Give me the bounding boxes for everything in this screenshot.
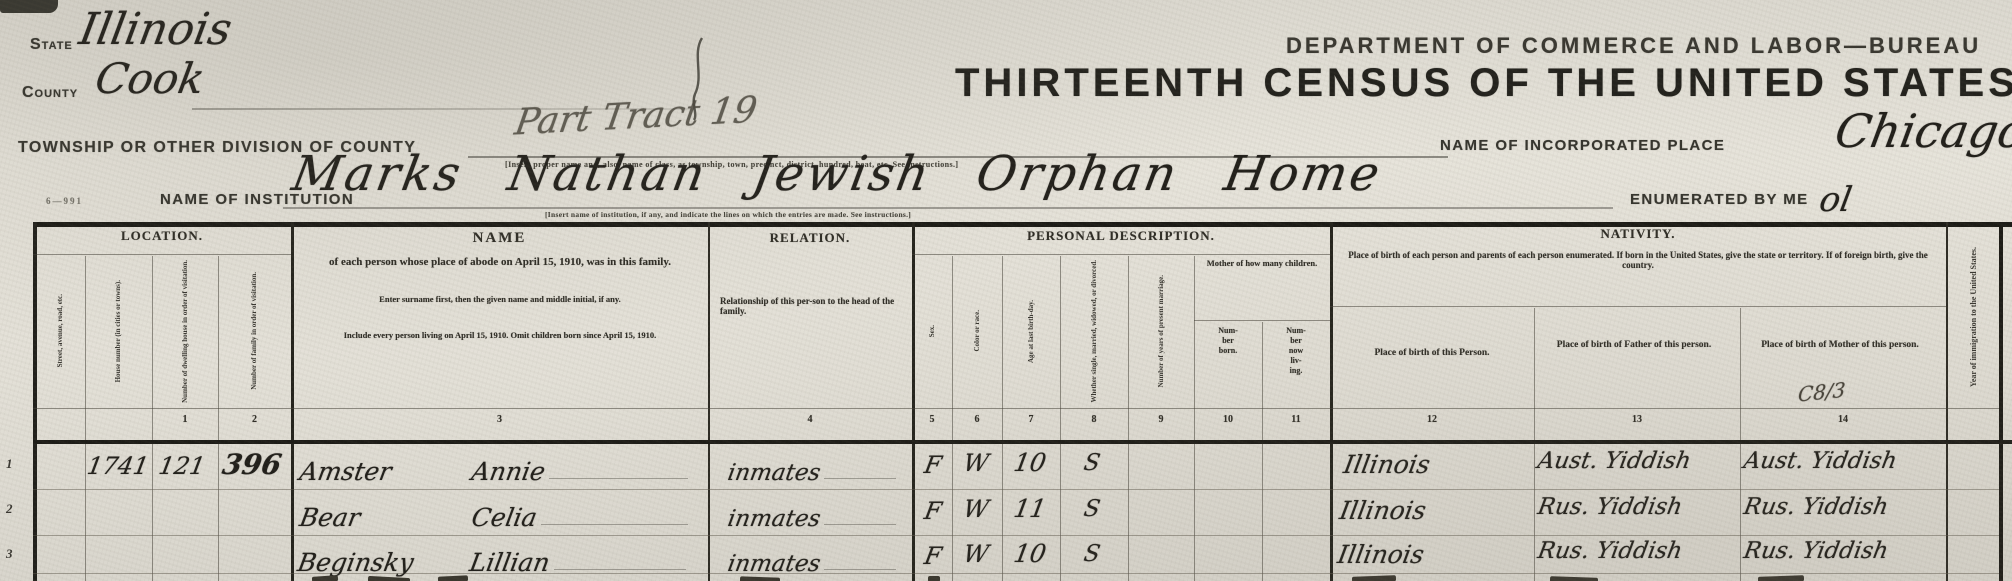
column-number-name: 3 [291,414,708,425]
dwelling-number-value: 121 [146,452,219,480]
table-gridline-vertical [1999,222,2003,581]
table-gridline-vertical [1262,322,1263,581]
age-value: 10 [1000,448,1059,477]
institution-handwriting: Marks Nathan Jewish Orphan Home [288,146,1386,202]
mother-birthplace-value: Rus. Yiddish [1742,494,1891,520]
location-col-street-header: Street, avenue, road, etc. [38,258,82,404]
column-number-children-born: 10 [1194,414,1262,425]
marital-col-label: Whether single, married, widowed, or div… [1090,260,1099,403]
location-col-house-header: House number (in cities or towns). [88,258,149,404]
table-gridline-horizontal [912,254,1330,255]
birthplace-value: Illinois [1337,496,1428,525]
person-name-cell: Amster Annie [300,450,696,486]
mother-of-children-header: Mother of how many children. [1196,258,1328,268]
personal-description-group-title: PERSONAL DESCRIPTION. [912,228,1330,244]
row-number: 1 [6,456,13,472]
given-name-value: Celia [469,503,539,532]
father-birthplace-value: Rus. Yiddish [1536,494,1685,520]
column-number-mother-birthplace: 14 [1740,414,1946,425]
ink-trail [824,477,896,479]
given-name-value: Lillian [467,548,552,577]
township-value-handwriting: Part Tract 19 [512,89,760,143]
scan-corner-smudge [0,0,58,13]
age-value: 11 [1000,494,1059,523]
table-gridline-horizontal [1330,306,1946,307]
column-number-sex: 5 [912,414,952,425]
partial-row-ink-stroke [312,575,338,581]
relation-group-title: RELATION. [708,230,912,246]
house-number-value: 1741 [84,452,153,480]
ink-trail [824,523,896,525]
relation-value: inmates [726,506,823,532]
column-number-age: 7 [1002,414,1060,425]
nativity-header-desc: Place of birth of each person and parent… [1345,250,1931,270]
incorporated-place-label: NAME OF INCORPORATED PLACE [1440,137,1725,154]
age-col-header: Age at last birth-day. [1004,258,1058,404]
census-title: THIRTEENTH CENSUS OF THE UNITED STATES [955,61,2012,106]
table-gridline-vertical [708,222,710,581]
table-gridline-vertical [1946,222,1948,581]
institution-rule-line [283,207,1613,209]
nativity-group-title: NATIVITY. [1330,226,1946,242]
relation-cell: inmates [728,500,904,532]
ink-trail [549,477,688,479]
column-number-family: 2 [218,414,291,425]
relation-value: inmates [726,460,823,486]
relation-cell: inmates [728,454,904,486]
name-group-title: NAME [291,230,708,247]
age-col-label: Age at last birth-day. [1027,300,1036,363]
surname-value: Beginsky [295,548,472,577]
department-line: DEPARTMENT OF COMMERCE AND LABOR—BUREAU [1286,33,1981,59]
father-birthplace-value: Aust. Yiddish [1536,448,1693,474]
color-col-label: Color or race. [973,310,982,352]
birthplace-value: Illinois [1341,450,1432,479]
table-gridline-horizontal [33,254,291,255]
immigration-year-col-header: Year of immigration to the United States… [1950,228,1996,406]
name-header-line2: Enter surname first, then the given name… [315,294,685,304]
children-born-col-label: Num- ber born. [1196,326,1260,356]
mother-birthplace-value: Aust. Yiddish [1742,448,1899,474]
name-header-line1: of each person whose place of abode on A… [305,256,695,268]
column-number-father-birthplace: 13 [1534,414,1740,425]
table-gridline-vertical [85,256,86,581]
relation-header-desc: Relationship of this per-son to the head… [720,296,895,316]
location-col-dwelling-header: Number of dwelling house in order of vis… [155,258,215,404]
marital-status-value: S [1060,450,1125,476]
table-row-line [33,489,1999,490]
table-gridline-horizontal [33,408,1999,409]
marital-status-value: S [1060,541,1125,567]
table-header-divider [33,440,2012,444]
color-value: W [951,540,1002,568]
table-gridline-vertical [1740,308,1741,581]
county-label: County [22,84,78,102]
enumerated-label: ENUMERATED BY ME [1630,191,1809,208]
incorporated-place-handwriting: Chicago [1831,104,2012,158]
location-col-house-label: House number (in cities or towns). [114,280,123,382]
column-number-years-married: 9 [1128,414,1194,425]
column-number-marital: 8 [1060,414,1128,425]
table-gridline-vertical [33,222,37,581]
row-number: 3 [6,546,13,562]
location-col-family-header: Number of family in order of visitation. [221,258,288,404]
sex-col-label: Sex. [928,325,937,337]
stray-handwritten-mark: C8/3 [1797,377,1846,406]
partial-row-ink-stroke [740,576,780,581]
column-number-color: 6 [952,414,1002,425]
sex-value: F [914,542,953,570]
name-header-line3: Include every person living on April 15,… [310,330,690,340]
form-code: 6—991 [46,196,83,206]
mother-birthplace-col-label: Place of birth of Mother of this person. [1746,340,1934,350]
location-col-dwelling-label: Number of dwelling house in order of vis… [181,260,190,403]
enumerated-handwriting-fragment: ol [1816,180,1854,220]
table-gridline-vertical [291,222,294,581]
age-value: 10 [1000,539,1059,568]
ink-trail [541,523,688,525]
ink-trail [554,568,686,570]
ink-trail [824,568,896,570]
partial-row-ink-stroke [1758,575,1804,581]
family-number-value: 396 [211,448,293,481]
marital-col-header: Whether single, married, widowed, or div… [1062,258,1126,404]
person-name-cell: Beginsky Lillian [298,541,694,577]
years-married-col-label: Number of years of present marriage. [1157,275,1166,388]
birthplace-col-label: Place of birth of this Person. [1338,348,1526,358]
location-col-family-label: Number of family in order of visitation. [250,272,259,390]
partial-row-ink-stroke [928,576,940,581]
partial-row-ink-stroke [1550,576,1598,581]
table-row-line [33,535,1999,536]
color-value: W [951,449,1002,477]
marital-status-value: S [1060,496,1125,522]
column-number-children-living: 11 [1262,414,1330,425]
table-gridline-vertical [1330,222,1333,581]
birthplace-value: Illinois [1335,540,1426,569]
state-value-handwriting: Illinois [76,4,236,55]
father-birthplace-value: Rus. Yiddish [1536,538,1685,564]
location-group-title: LOCATION. [33,228,291,244]
mother-birthplace-value: Rus. Yiddish [1742,538,1891,564]
sex-value: F [914,451,953,479]
column-number-birthplace: 12 [1330,414,1534,425]
surname-value: Amster [297,457,474,486]
color-col-header: Color or race. [954,258,1000,404]
immigration-year-col-label: Year of immigration to the United States… [1969,247,1978,387]
column-number-relation: 4 [708,414,912,425]
column-number-dwelling: 1 [152,414,218,425]
color-value: W [951,495,1002,523]
children-living-col-label: Num- ber now liv- ing. [1264,326,1328,376]
sex-value: F [914,497,953,525]
sex-col-header: Sex. [914,258,950,404]
county-value-handwriting: Cook [92,54,209,103]
row-number: 2 [6,501,13,517]
state-label: State [30,36,73,54]
institution-fine-print: [Insert name of institution, if any, and… [545,210,911,219]
partial-row-ink-stroke [1352,575,1396,581]
partial-row-ink-stroke [438,575,468,581]
relation-cell: inmates [728,545,904,577]
person-name-cell: Bear Celia [300,496,696,532]
surname-value: Bear [297,503,474,532]
location-col-street-label: Street, avenue, road, etc. [56,294,65,367]
father-birthplace-col-label: Place of birth of Father of this person. [1540,340,1728,350]
census-document-page: State Illinois County Cook DEPARTMENT OF… [0,0,2012,581]
relation-value: inmates [726,551,823,577]
table-gridline-vertical [1534,308,1535,581]
given-name-value: Annie [469,457,547,486]
table-gridline-horizontal [1194,320,1330,321]
years-married-col-header: Number of years of present marriage. [1130,258,1192,404]
